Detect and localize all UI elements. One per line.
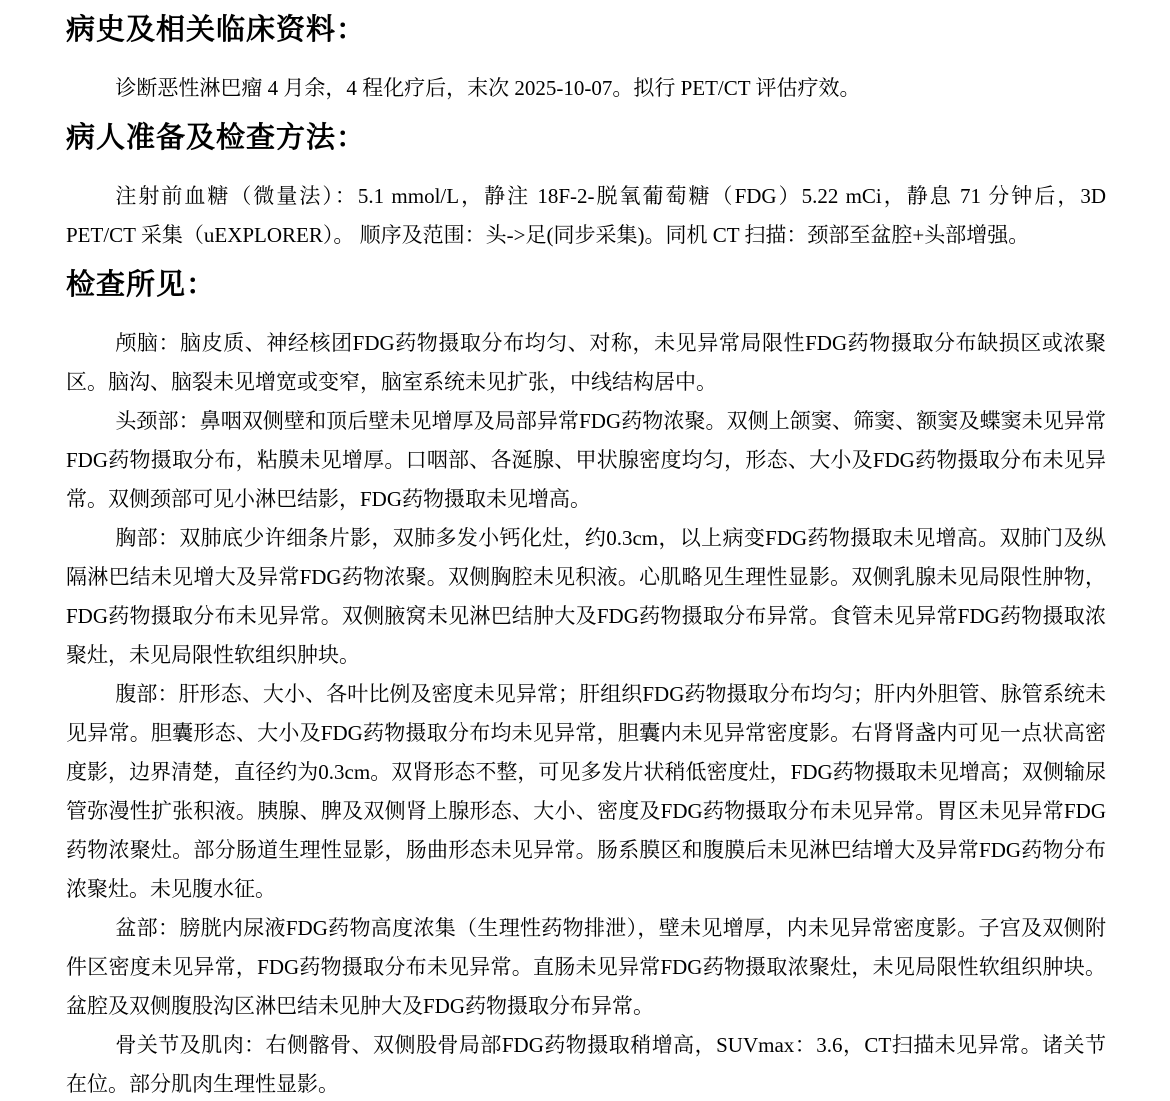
findings-paragraph-pelvis: 盆部：膀胱内尿液FDG药物高度浓集（生理性药物排泄），壁未见增厚，内未见异常密度…	[66, 909, 1106, 1026]
preparation-method-paragraph: 注射前血糖（微量法）：5.1 mmol/L，静注 18F-2-脱氧葡萄糖（FDG…	[66, 177, 1106, 255]
section-heading-findings: 检查所见：	[66, 267, 1106, 304]
findings-paragraph-head-neck: 头颈部：鼻咽双侧壁和顶后壁未见增厚及局部异常FDG药物浓聚。双侧上颌窦、筛窦、额…	[66, 402, 1106, 519]
findings-paragraph-chest: 胸部：双肺底少许细条片影，双肺多发小钙化灶，约0.3cm，以上病变FDG药物摄取…	[66, 519, 1106, 675]
clinical-history-paragraph: 诊断恶性淋巴瘤 4 月余，4 程化疗后，末次 2025-10-07。拟行 PET…	[66, 69, 1106, 108]
findings-paragraph-bone-muscle: 骨关节及肌肉：右侧髂骨、双侧股骨局部FDG药物摄取稍增高，SUVmax：3.6，…	[66, 1026, 1106, 1101]
report-page: 病史及相关临床资料： 诊断恶性淋巴瘤 4 月余，4 程化疗后，末次 2025-1…	[0, 0, 1170, 1101]
findings-paragraph-abdomen: 腹部：肝形态、大小、各叶比例及密度未见异常；肝组织FDG药物摄取分布均匀；肝内外…	[66, 675, 1106, 909]
findings-paragraph-brain: 颅脑：脑皮质、神经核团FDG药物摄取分布均匀、对称，未见异常局限性FDG药物摄取…	[66, 324, 1106, 402]
section-heading-clinical-history: 病史及相关临床资料：	[66, 12, 1106, 49]
section-heading-preparation-method: 病人准备及检查方法：	[66, 120, 1106, 157]
